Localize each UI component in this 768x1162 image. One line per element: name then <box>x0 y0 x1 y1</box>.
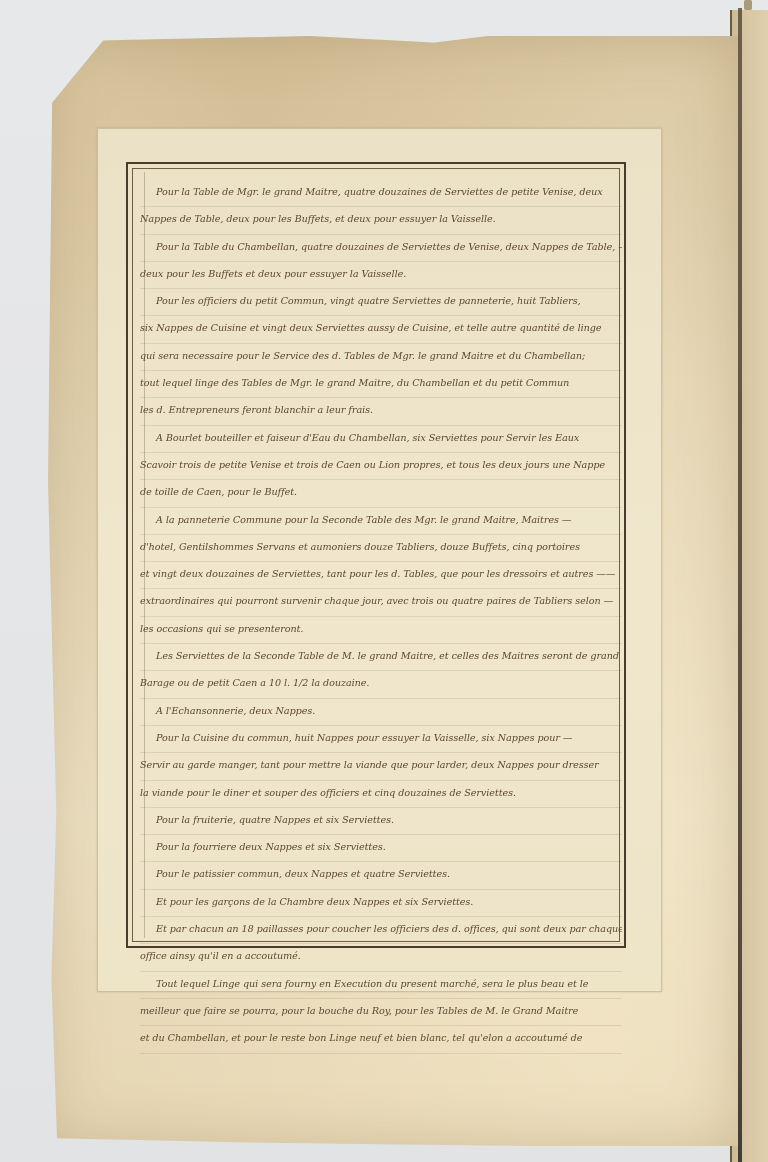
manuscript-line: six Nappes de Cuisine et vingt deux Serv… <box>140 316 622 343</box>
manuscript-line: Pour le patissier commun, deux Nappes et… <box>140 862 622 889</box>
manuscript-line: A la panneterie Commune pour la Seconde … <box>140 508 622 535</box>
manuscript-text: Pour la Table de Mgr. le grand Maitre, q… <box>140 180 622 1054</box>
manuscript-line: de toille de Caen, pour le Buffet. <box>140 480 622 507</box>
manuscript-line: Pour les officiers du petit Commun, ving… <box>140 289 622 316</box>
manuscript-line: Barage ou de petit Caen a 10 l. 1/2 la d… <box>140 671 622 698</box>
manuscript-line: les d. Entrepreneurs feront blanchir a l… <box>140 398 622 425</box>
manuscript-line: les occasions qui se presenteront. <box>140 617 622 644</box>
manuscript-line: d'hotel, Gentilshommes Servans et aumoni… <box>140 535 622 562</box>
manuscript-line: meilleur que faire se pourra, pour la bo… <box>140 999 622 1026</box>
manuscript-line: Pour la Cuisine du commun, huit Nappes p… <box>140 726 622 753</box>
manuscript-line: Pour la fourriere deux Nappes et six Ser… <box>140 835 622 862</box>
manuscript-line: Pour la fruiterie, quatre Nappes et six … <box>140 808 622 835</box>
manuscript-line: Les Serviettes de la Seconde Table de M.… <box>140 644 622 671</box>
manuscript-line: Scavoir trois de petite Venise et trois … <box>140 453 622 480</box>
manuscript-line: A l'Echansonnerie, deux Nappes. <box>140 699 622 726</box>
manuscript-line: Tout lequel Linge qui sera fourny en Exe… <box>140 972 622 999</box>
manuscript-line: et vingt deux douzaines de Serviettes, t… <box>140 562 622 589</box>
manuscript-line: Et pour les garçons de la Chambre deux N… <box>140 890 622 917</box>
manuscript-line: Pour la Table du Chambellan, quatre douz… <box>140 235 622 262</box>
manuscript-line: Servir au garde manger, tant pour mettre… <box>140 753 622 780</box>
binding-pin <box>744 0 752 10</box>
manuscript-line: extraordinaires qui pourront survenir ch… <box>140 589 622 616</box>
manuscript-line: tout lequel linge des Tables de Mgr. le … <box>140 371 622 398</box>
manuscript-line: Pour la Table de Mgr. le grand Maitre, q… <box>140 180 622 207</box>
manuscript-line: qui sera necessaire pour le Service des … <box>140 344 622 371</box>
manuscript-line: office ainsy qu'il en a accoutumé. <box>140 944 622 971</box>
manuscript-line: Nappes de Table, deux pour les Buffets, … <box>140 207 622 234</box>
manuscript-line: la viande pour le diner et souper des of… <box>140 781 622 808</box>
book-spine <box>738 8 742 1162</box>
manuscript-line: A Bourlet bouteiller et faiseur d'Eau du… <box>140 426 622 453</box>
manuscript-line: et du Chambellan, et pour le reste bon L… <box>140 1026 622 1053</box>
manuscript-line: deux pour les Buffets et deux pour essuy… <box>140 262 622 289</box>
manuscript-line: Et par chacun an 18 paillasses pour couc… <box>140 917 622 944</box>
